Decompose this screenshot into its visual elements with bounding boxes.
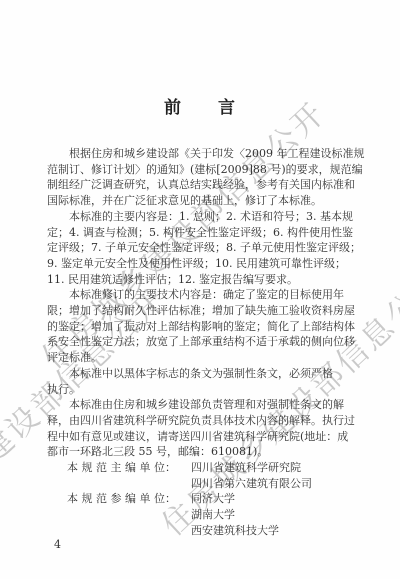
text-line: 国际标准，并在广泛征求意见的基础上，修订了本标准。 xyxy=(47,193,347,209)
text-line: 本标准的主要内容是：1. 总则；2. 术语和符号；3. 基本规 xyxy=(47,209,347,225)
page-number: 4 xyxy=(54,538,61,551)
text-line: 都市一环路北三段 55 号，邮编：610081)。 xyxy=(47,444,347,460)
body-text: 根据住房和城乡建设部《关于印发〈2009 年工程建设标准规范制订、修订计划〉的通… xyxy=(47,146,347,539)
text-line: 定评级；7. 子单元安全性鉴定评级；8. 子单元使用性鉴定评级； xyxy=(47,240,347,256)
text-line: 本标准中以黑体字标志的条文为强制性条文，必须严格 xyxy=(47,366,347,382)
text-line: 程中如有意见或建议，请寄送四川省建筑科学研究院(地址：成 xyxy=(47,429,347,445)
text-line: 范制订、修订计划〉的通知》(建标[2009]88 号)的要求，规范编 xyxy=(47,162,347,178)
credit-label: 本 规 范 主 编 单 位： xyxy=(67,460,191,491)
text-line: 11. 民用建筑适修性评估；12. 鉴定报告编写要求。 xyxy=(47,272,347,288)
page-content: 前 言 根据住房和城乡建设部《关于印发〈2009 年工程建设标准规范制订、修订计… xyxy=(0,0,400,539)
text-line: 释，由四川省建筑科学研究院负责具体技术内容的解释。执行过 xyxy=(47,413,347,429)
text-line: 定；4. 调查与检测；5. 构件安全性鉴定评级；6. 构件使用性鉴 xyxy=(47,225,347,241)
credit-items: 同济大学湖南大学西安建筑科技大学 xyxy=(191,491,347,538)
credits: 本 规 范 主 编 单 位：四川省建筑科学研究院四川省第六建筑有限公司本 规 范… xyxy=(47,460,347,539)
text-line: 根据住房和城乡建设部《关于印发〈2009 年工程建设标准规 xyxy=(47,146,347,162)
credit-item: 四川省第六建筑有限公司 xyxy=(191,476,347,492)
text-line: 评定标准。 xyxy=(47,350,347,366)
credit-item: 西安建筑科技大学 xyxy=(191,523,347,539)
text-line: 系安全性鉴定方法；放宽了上部承重结构不适于承载的侧向位移 xyxy=(47,334,347,350)
text-line: 执行。 xyxy=(47,382,347,398)
text-line: 限；增加了结构耐久性评估标准；增加了缺失施工验收资料房屋 xyxy=(47,303,347,319)
credit-items: 四川省建筑科学研究院四川省第六建筑有限公司 xyxy=(191,460,347,491)
credit-entry: 本 规 范 参 编 单 位：同济大学湖南大学西安建筑科技大学 xyxy=(47,491,347,538)
text-line: 的鉴定；增加了振动对上部结构影响的鉴定；简化了上部结构体 xyxy=(47,319,347,335)
body-lines: 根据住房和城乡建设部《关于印发〈2009 年工程建设标准规范制订、修订计划〉的通… xyxy=(47,146,347,460)
scanned-document-page: 住房城乡建设部信息公开 住房城乡建设部信息公开 住房城乡建设部信息公开 前 言 … xyxy=(0,0,400,579)
credit-label: 本 规 范 参 编 单 位： xyxy=(67,491,191,538)
credit-entry: 本 规 范 主 编 单 位：四川省建筑科学研究院四川省第六建筑有限公司 xyxy=(47,460,347,491)
credit-item: 四川省建筑科学研究院 xyxy=(191,460,347,476)
text-line: 本标准由住房和城乡建设部负责管理和对强制性条文的解 xyxy=(47,397,347,413)
credit-item: 同济大学 xyxy=(191,491,347,507)
page-title: 前 言 xyxy=(0,0,400,117)
text-line: 9. 鉴定单元安全性及使用性评级；10. 民用建筑可靠性评级； xyxy=(47,256,347,272)
credit-item: 湖南大学 xyxy=(191,507,347,523)
text-line: 本标准修订的主要技术内容是：确定了鉴定的目标使用年 xyxy=(47,287,347,303)
text-line: 制组经广泛调查研究，认真总结实践经验，参考有关国内标准和 xyxy=(47,177,347,193)
